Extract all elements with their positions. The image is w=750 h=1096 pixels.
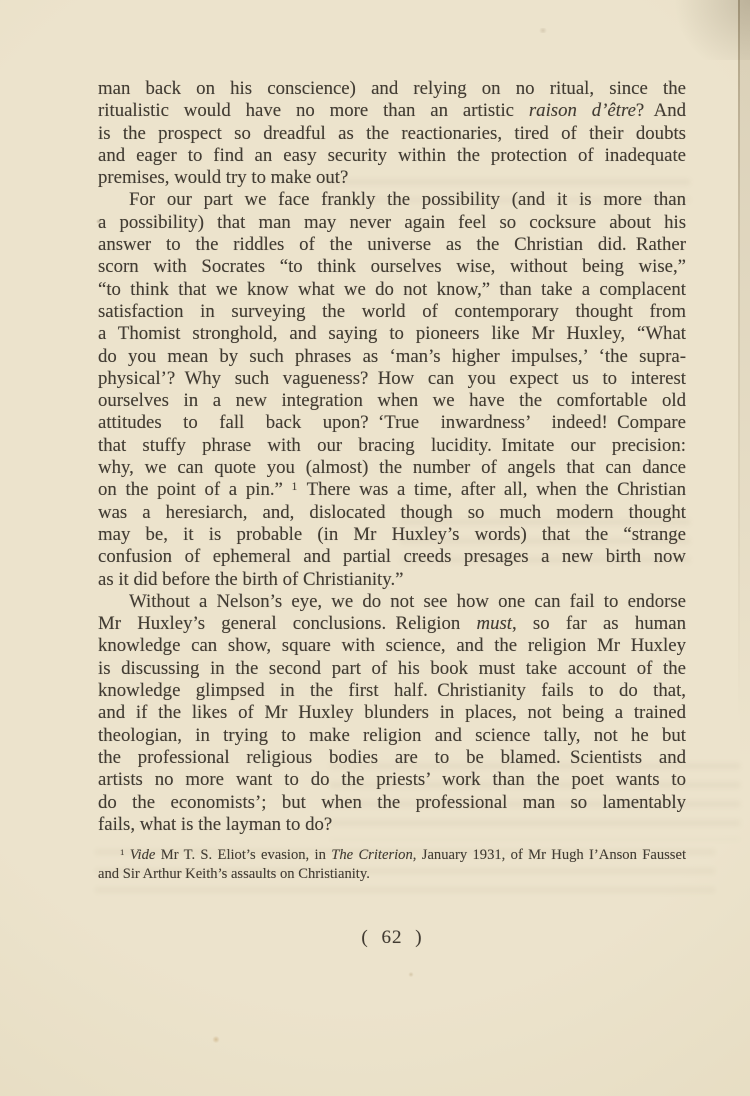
text-line: and if the likes of Mr Huxley blunders i… [98, 702, 686, 724]
text-line: a Thomist stronghold, and saying to pion… [98, 323, 686, 345]
text-line: Without a Nelson’s eye, we do not see ho… [98, 591, 686, 613]
text-line: do the economists’; but when the profess… [98, 792, 686, 814]
text-line: man back on his conscience) and relying … [98, 78, 686, 100]
text-line: as it did before the birth of Christiani… [98, 569, 686, 591]
text-line: physical’? Why such vagueness? How can y… [98, 368, 686, 390]
text-line: a possibility) that man may never again … [98, 212, 686, 234]
text-line: scorn with Socrates “to think ourselves … [98, 256, 686, 278]
footnote: 1 Vide Mr T. S. Eliot’s evasion, in The … [98, 846, 686, 884]
text-line: answer to the riddles of the universe as… [98, 234, 686, 256]
text-line: attitudes to fall back upon? ‘True inwar… [98, 412, 686, 434]
paragraph: For our part we face frankly the possibi… [98, 189, 686, 590]
text-line: is discussing in the second part of his … [98, 658, 686, 680]
text-line: knowledge can show, square with science,… [98, 635, 686, 657]
text-line: 1 Vide Mr T. S. Eliot’s evasion, in The … [98, 846, 686, 865]
text-line: confusion of ephemeral and partial creed… [98, 546, 686, 568]
text-line: do you mean by such phrases as ‘man’s hi… [98, 346, 686, 368]
text-line: For our part we face frankly the possibi… [98, 189, 686, 211]
text-line: “to think that we know what we do not kn… [98, 279, 686, 301]
text-line: theologian, in trying to make religion a… [98, 725, 686, 747]
text-line: artists no more want to do the priests’ … [98, 769, 686, 791]
foxing-spot [538, 28, 548, 33]
text-line: that stuffy phrase with our bracing luci… [98, 435, 686, 457]
paragraph: Without a Nelson’s eye, we do not see ho… [98, 591, 686, 836]
text-line: and eager to find an easy security withi… [98, 145, 686, 167]
paragraph: 1 Vide Mr T. S. Eliot’s evasion, in The … [98, 846, 686, 884]
page-number: ( 62 ) [98, 927, 686, 949]
corner-shade [660, 0, 750, 60]
text-line: was a heresiarch, and, dislocated though… [98, 502, 686, 524]
text-line: ritualistic would have no more than an a… [98, 100, 686, 122]
paragraph: man back on his conscience) and relying … [98, 78, 686, 189]
text-line: and Sir Arthur Keith’s assaults on Chris… [98, 865, 686, 884]
text-line: Mr Huxley’s general conclusions. Religio… [98, 613, 686, 635]
foxing-spot [212, 1036, 220, 1043]
text-line: is the prospect so dreadful as the react… [98, 123, 686, 145]
text-line: fails, what is the layman to do? [98, 814, 686, 836]
text-line: on the point of a pin.” 1 There was a ti… [98, 479, 686, 501]
text-line: why, we can quote you (almost) the numbe… [98, 457, 686, 479]
text-line: the professional religious bodies are to… [98, 747, 686, 769]
page-body: man back on his conscience) and relying … [98, 78, 686, 836]
text-line: ourselves in a new integration when we h… [98, 390, 686, 412]
text-line: knowledge glimpsed in the first half. Ch… [98, 680, 686, 702]
text-line: may be, it is probable (in Mr Huxley’s w… [98, 524, 686, 546]
book-page: man back on his conscience) and relying … [0, 0, 750, 1096]
foxing-spot [408, 972, 414, 977]
page-edge-strip [740, 0, 750, 1096]
text-line: satisfaction in surveying the world of c… [98, 301, 686, 323]
text-line: premises, would try to make out? [98, 167, 686, 189]
